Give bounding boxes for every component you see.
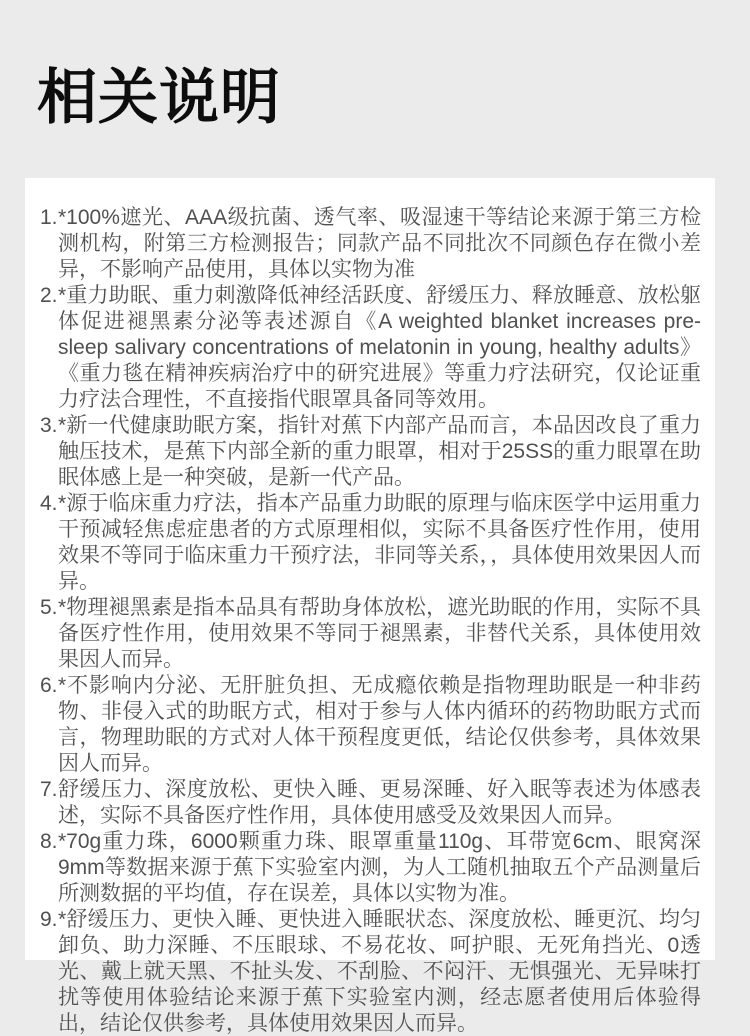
note-item-number: 6. — [40, 673, 58, 699]
note-item-text: *100%遮光、AAA级抗菌、透气率、吸湿速干等结论来源于第三方检测机构，附第三… — [58, 205, 701, 283]
note-item-text: 舒缓压力、深度放松、更快入睡、更易深睡、好入眠等表述为体感表述，实际不具备医疗性… — [58, 777, 701, 829]
note-item-text: *源于临床重力疗法，指本产品重力助眠的原理与临床医学中运用重力干预减轻焦虑症患者… — [58, 491, 701, 595]
note-item: 1. *100%遮光、AAA级抗菌、透气率、吸湿速干等结论来源于第三方检测机构，… — [40, 205, 701, 283]
note-item-number: 3. — [40, 413, 58, 439]
note-item: 6. *不影响内分泌、无肝脏负担、无成瘾依赖是指物理助眠是一种非药物、非侵入式的… — [40, 673, 701, 777]
note-item: 2. *重力助眠、重力刺激降低神经活跃度、舒缓压力、释放睡意、放松躯体促进褪黑素… — [40, 283, 701, 413]
note-item-text: *重力助眠、重力刺激降低神经活跃度、舒缓压力、释放睡意、放松躯体促进褪黑素分泌等… — [58, 283, 701, 413]
note-item-number: 7. — [40, 777, 58, 803]
note-item-number: 5. — [40, 595, 58, 621]
note-item: 7. 舒缓压力、深度放松、更快入睡、更易深睡、好入眠等表述为体感表述，实际不具备… — [40, 777, 701, 829]
notes-panel: 1. *100%遮光、AAA级抗菌、透气率、吸湿速干等结论来源于第三方检测机构，… — [25, 178, 715, 960]
note-item: 5. *物理褪黑素是指本品具有帮助身体放松，遮光助眠的作用，实际不具备医疗性作用… — [40, 595, 701, 673]
note-item: 4. *源于临床重力疗法，指本产品重力助眠的原理与临床医学中运用重力干预减轻焦虑… — [40, 491, 701, 595]
note-item: 3. *新一代健康助眠方案，指针对蕉下内部产品而言，本品因改良了重力触压技术，是… — [40, 413, 701, 491]
note-item-number: 2. — [40, 283, 58, 309]
note-item-text: *舒缓压力、更快入睡、更快进入睡眠状态、深度放松、睡更沉、均匀卸负、助力深睡、不… — [58, 907, 701, 1036]
notes-list: 1. *100%遮光、AAA级抗菌、透气率、吸湿速干等结论来源于第三方检测机构，… — [40, 205, 701, 1036]
note-item-number: 1. — [40, 205, 58, 231]
page-title: 相关说明 — [37, 60, 281, 136]
note-item: 9. *舒缓压力、更快入睡、更快进入睡眠状态、深度放松、睡更沉、均匀卸负、助力深… — [40, 907, 701, 1036]
note-item-number: 8. — [40, 829, 58, 855]
note-item-text: *不影响内分泌、无肝脏负担、无成瘾依赖是指物理助眠是一种非药物、非侵入式的助眠方… — [58, 673, 701, 777]
note-item-number: 4. — [40, 491, 58, 517]
note-item-text: *新一代健康助眠方案，指针对蕉下内部产品而言，本品因改良了重力触压技术，是蕉下内… — [58, 413, 701, 491]
note-item-text: *物理褪黑素是指本品具有帮助身体放松，遮光助眠的作用，实际不具备医疗性作用，使用… — [58, 595, 701, 673]
note-item-number: 9. — [40, 907, 58, 933]
note-item-text: *70g重力珠，6000颗重力珠、眼罩重量110g、耳带宽6cm、眼窝深9mm等… — [58, 829, 701, 907]
note-item: 8. *70g重力珠，6000颗重力珠、眼罩重量110g、耳带宽6cm、眼窝深9… — [40, 829, 701, 907]
